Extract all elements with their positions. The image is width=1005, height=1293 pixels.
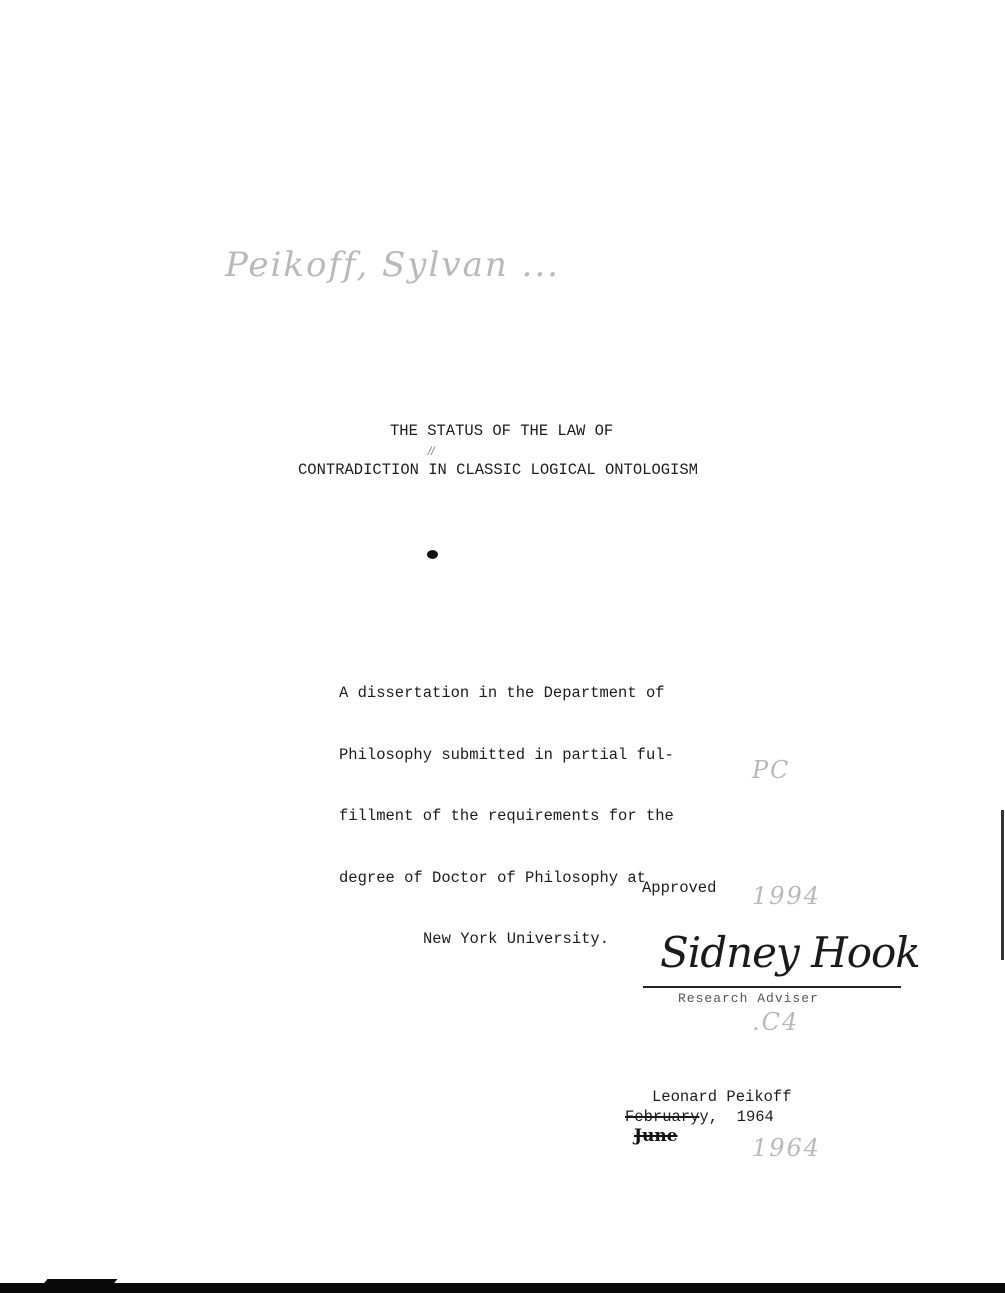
title-insertion-mark: // xyxy=(428,446,435,457)
scan-edge-right xyxy=(1001,810,1004,960)
statement-line: degree of Doctor of Philosophy at xyxy=(339,868,674,889)
title-line-1: THE STATUS OF THE LAW OF xyxy=(390,422,613,440)
statement-line: New York University. xyxy=(339,929,674,950)
call-number-line: PC xyxy=(752,749,821,791)
call-number-line: .C4 xyxy=(752,1001,821,1043)
pencil-annotation-name: Peikoff, Sylvan ... xyxy=(225,245,560,285)
statement-line: Philosophy submitted in partial ful- xyxy=(339,745,674,766)
document-page: Peikoff, Sylvan ... THE STATUS OF THE LA… xyxy=(0,0,1005,1293)
signature-caption: Research Adviser xyxy=(678,991,819,1006)
dissertation-statement: A dissertation in the Department of Phil… xyxy=(339,642,674,991)
call-number-line: 1964 xyxy=(752,1127,821,1169)
adviser-signature: Sidney Hook xyxy=(660,928,920,977)
statement-line: fillment of the requirements for the xyxy=(339,806,674,827)
date-suffix: y, xyxy=(699,1108,718,1126)
statement-line: A dissertation in the Department of xyxy=(339,683,674,704)
struck-month: February xyxy=(625,1108,699,1126)
signature-line xyxy=(643,986,901,988)
approved-label: Approved xyxy=(642,879,716,897)
scan-edge-bottom xyxy=(0,1283,1005,1293)
date-year: 1964 xyxy=(737,1108,774,1126)
title-line-2: CONTRADICTION IN CLASSIC LOGICAL ONTOLOG… xyxy=(298,461,698,479)
call-number-line: 1994 xyxy=(752,875,821,917)
ink-blot xyxy=(427,550,438,559)
handwritten-month-correction: June xyxy=(634,1126,678,1146)
date-line: Februaryy, 1964 xyxy=(625,1108,774,1126)
author-name: Leonard Peikoff xyxy=(652,1088,792,1106)
